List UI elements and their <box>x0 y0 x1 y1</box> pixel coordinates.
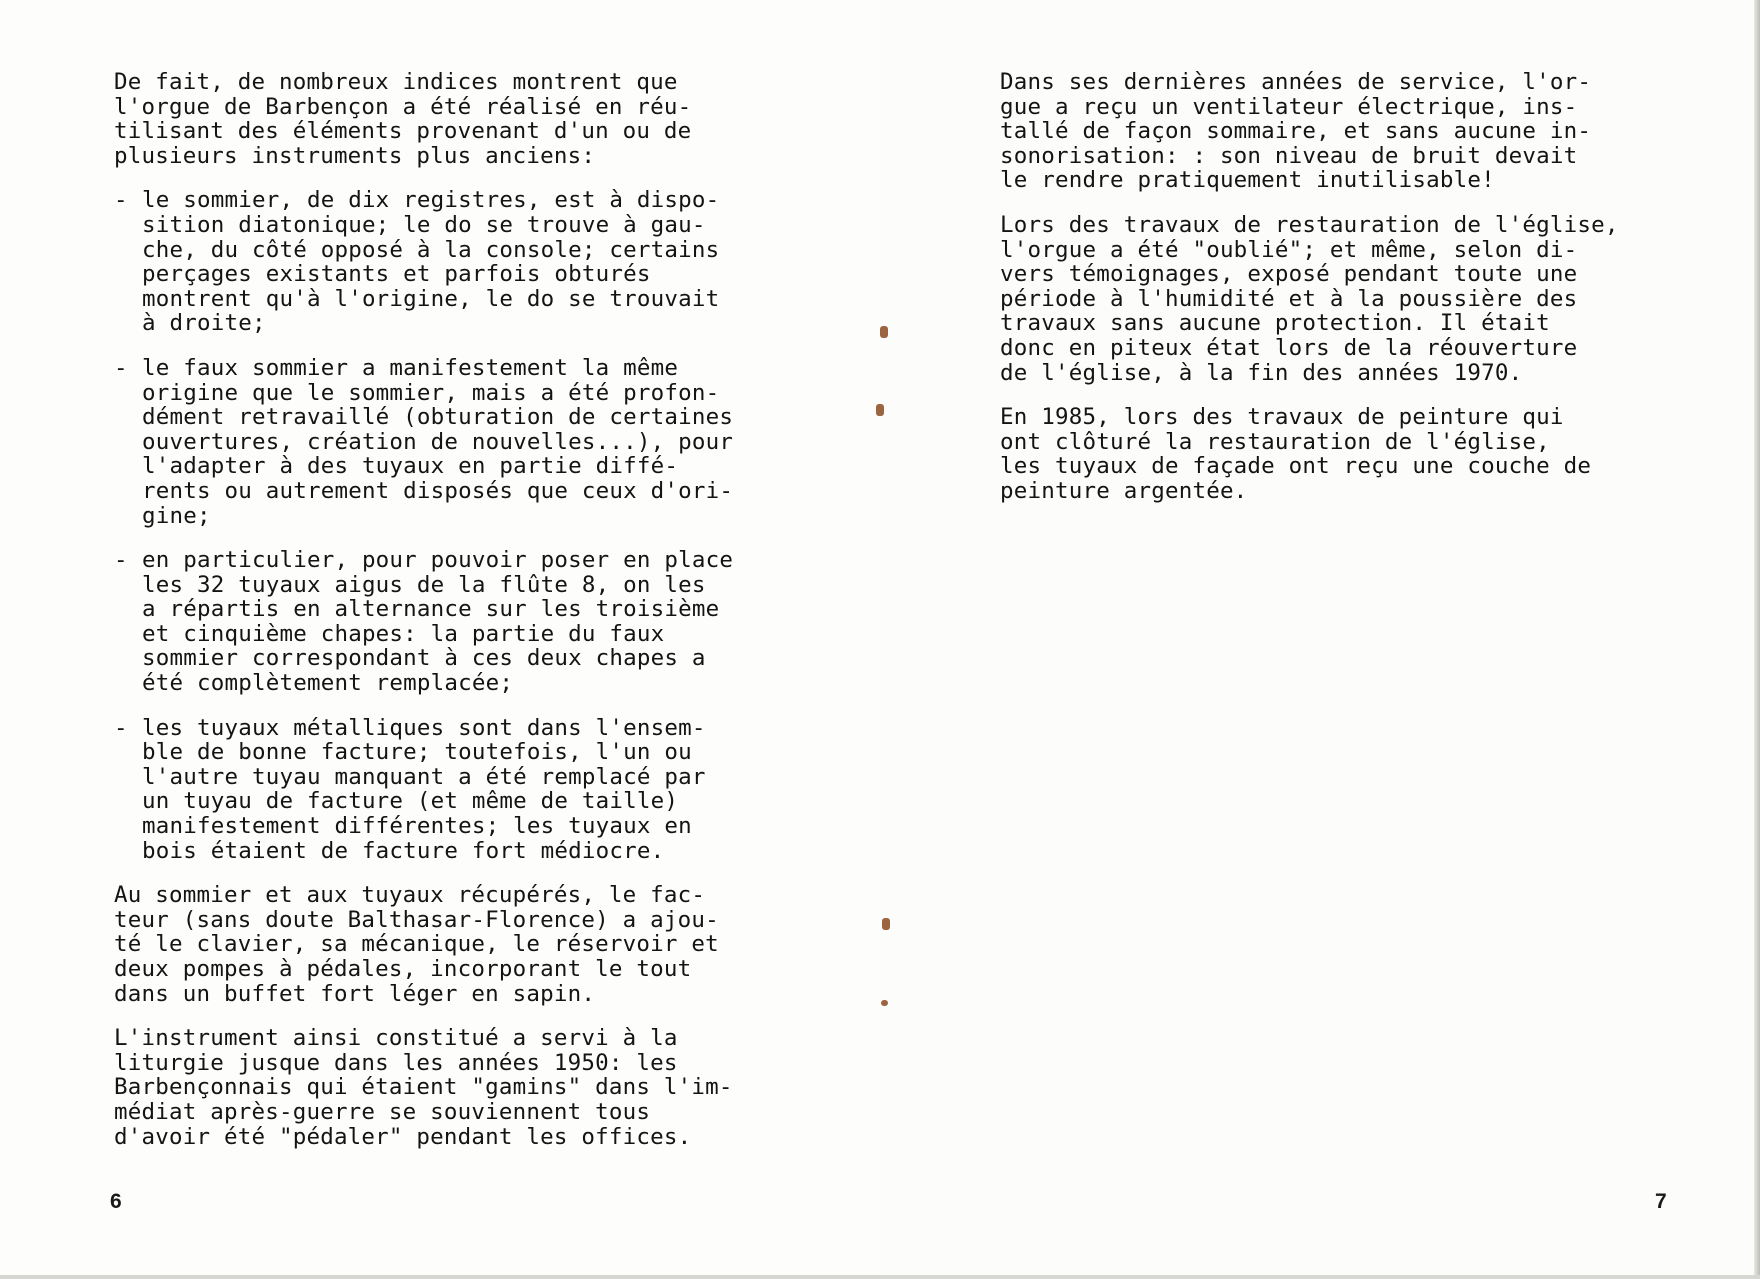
staple-mark <box>876 404 884 416</box>
intro-paragraph: De fait, de nombreux indices montrent qu… <box>114 70 814 168</box>
painting-paragraph: En 1985, lors des travaux de peinture qu… <box>1000 405 1690 503</box>
list-item: -le faux sommier a manifestement la même… <box>114 356 814 528</box>
staple-mark <box>882 918 890 930</box>
page-edge-shadow <box>1754 0 1760 1279</box>
staple-mark <box>880 326 888 338</box>
list-item: -en particulier, pour pouvoir poser en p… <box>114 548 814 696</box>
bullet-dash: - <box>114 188 128 213</box>
list-item-text: les tuyaux métalliques sont dans l'ensem… <box>142 715 706 864</box>
liturgy-paragraph: L'instrument ainsi constitué a servi à l… <box>114 1026 814 1149</box>
booklet-spread: De fait, de nombreux indices montrent qu… <box>0 0 1760 1279</box>
right-page-text: Dans ses dernières années de service, l'… <box>1000 70 1690 524</box>
ventilator-paragraph: Dans ses dernières années de service, l'… <box>1000 70 1690 193</box>
staple-mark <box>881 1000 888 1006</box>
bullet-dash: - <box>114 356 128 381</box>
list-item: -les tuyaux métalliques sont dans l'ense… <box>114 716 814 864</box>
page-number-right: 7 <box>1655 1190 1667 1214</box>
bullet-dash: - <box>114 716 128 741</box>
evidence-list: -le sommier, de dix registres, est à dis… <box>114 188 814 863</box>
list-item: -le sommier, de dix registres, est à dis… <box>114 188 814 336</box>
left-page-text: De fait, de nombreux indices montrent qu… <box>114 70 814 1169</box>
restoration-paragraph: Lors des travaux de restauration de l'ég… <box>1000 213 1690 385</box>
list-item-text: en particulier, pour pouvoir poser en pl… <box>142 547 733 696</box>
scan-edge <box>0 1275 1760 1279</box>
list-item-text: le sommier, de dix registres, est à disp… <box>142 187 719 336</box>
left-page: De fait, de nombreux indices montrent qu… <box>0 0 880 1279</box>
page-number-left: 6 <box>110 1190 122 1214</box>
list-item-text: le faux sommier a manifestement la même … <box>142 355 733 529</box>
builder-paragraph: Au sommier et aux tuyaux récupérés, le f… <box>114 883 814 1006</box>
bullet-dash: - <box>114 548 128 573</box>
